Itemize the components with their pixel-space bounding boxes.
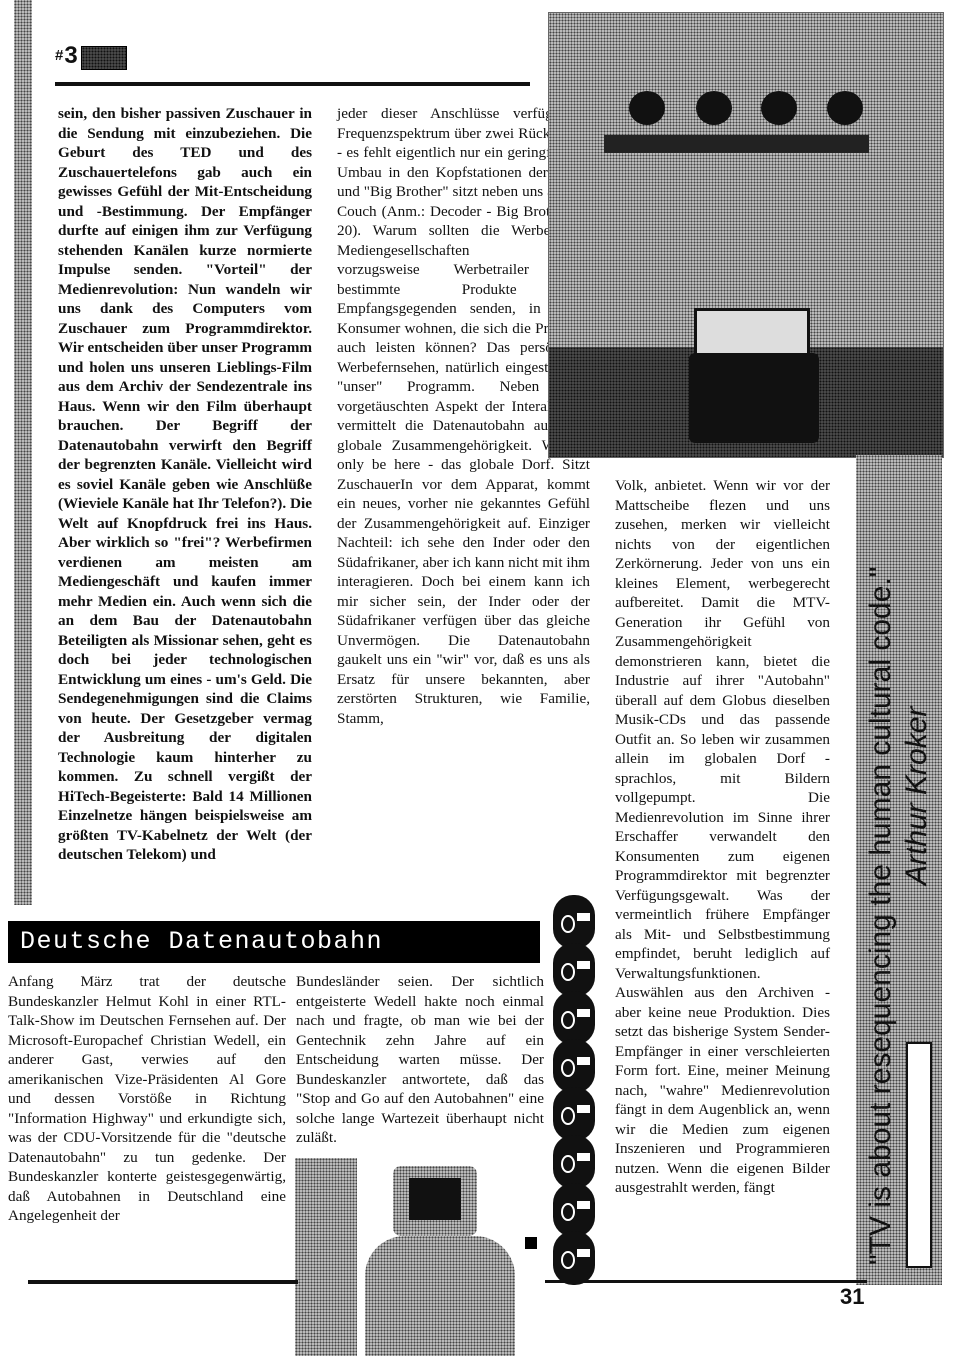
bulb-icon	[761, 91, 797, 125]
typewriter-photo	[548, 12, 944, 458]
bicycle-chain-icon	[550, 895, 600, 1285]
article-text: Volk, anbietet. Wenn wir vor der Mattsch…	[615, 476, 830, 1198]
page-number: 31	[840, 1284, 864, 1310]
bulb-icon	[629, 91, 665, 125]
box-text: Bundesländer seien. Der sichtlich entgei…	[296, 972, 544, 1148]
tv-screen-icon	[409, 1178, 461, 1220]
footer-rule-left	[28, 1280, 298, 1284]
bulb-icon	[827, 91, 863, 125]
sidebar-white-box	[906, 1042, 932, 1268]
tv-head-person-photo	[295, 1158, 545, 1356]
typewriter-icon	[689, 308, 829, 448]
box-column-2: Bundesländer seien. Der sichtlich entgei…	[296, 972, 544, 1148]
issue-hash: #	[55, 42, 63, 70]
shelf-bar	[604, 135, 869, 153]
issue-number: 3	[64, 42, 77, 70]
issue-marker: # 3	[55, 42, 127, 70]
article-text: sein, den bisher passiven Zuschauer in d…	[58, 104, 312, 865]
box-headline: Deutsche Datenautobahn	[8, 921, 540, 963]
box-text: Anfang März trat der deutsche Bundeskanz…	[8, 972, 286, 1226]
footer-rule-right	[545, 1280, 867, 1283]
left-dither-strip	[14, 0, 32, 905]
header-rule	[55, 82, 530, 86]
bulb-icon	[696, 91, 732, 125]
quote-author: Arthur Kroker	[900, 707, 934, 885]
article-column-1: sein, den bisher passiven Zuschauer in d…	[58, 104, 312, 865]
quote-text: "TV is about resequencing the human cult…	[864, 567, 898, 1265]
issue-logo-icon	[81, 46, 127, 70]
person-torso	[365, 1236, 515, 1356]
box-column-1: Anfang März trat der deutsche Bundeskanz…	[8, 972, 286, 1226]
article-column-3: Volk, anbietet. Wenn wir vor der Mattsch…	[615, 476, 830, 1198]
photo-background	[295, 1158, 357, 1356]
